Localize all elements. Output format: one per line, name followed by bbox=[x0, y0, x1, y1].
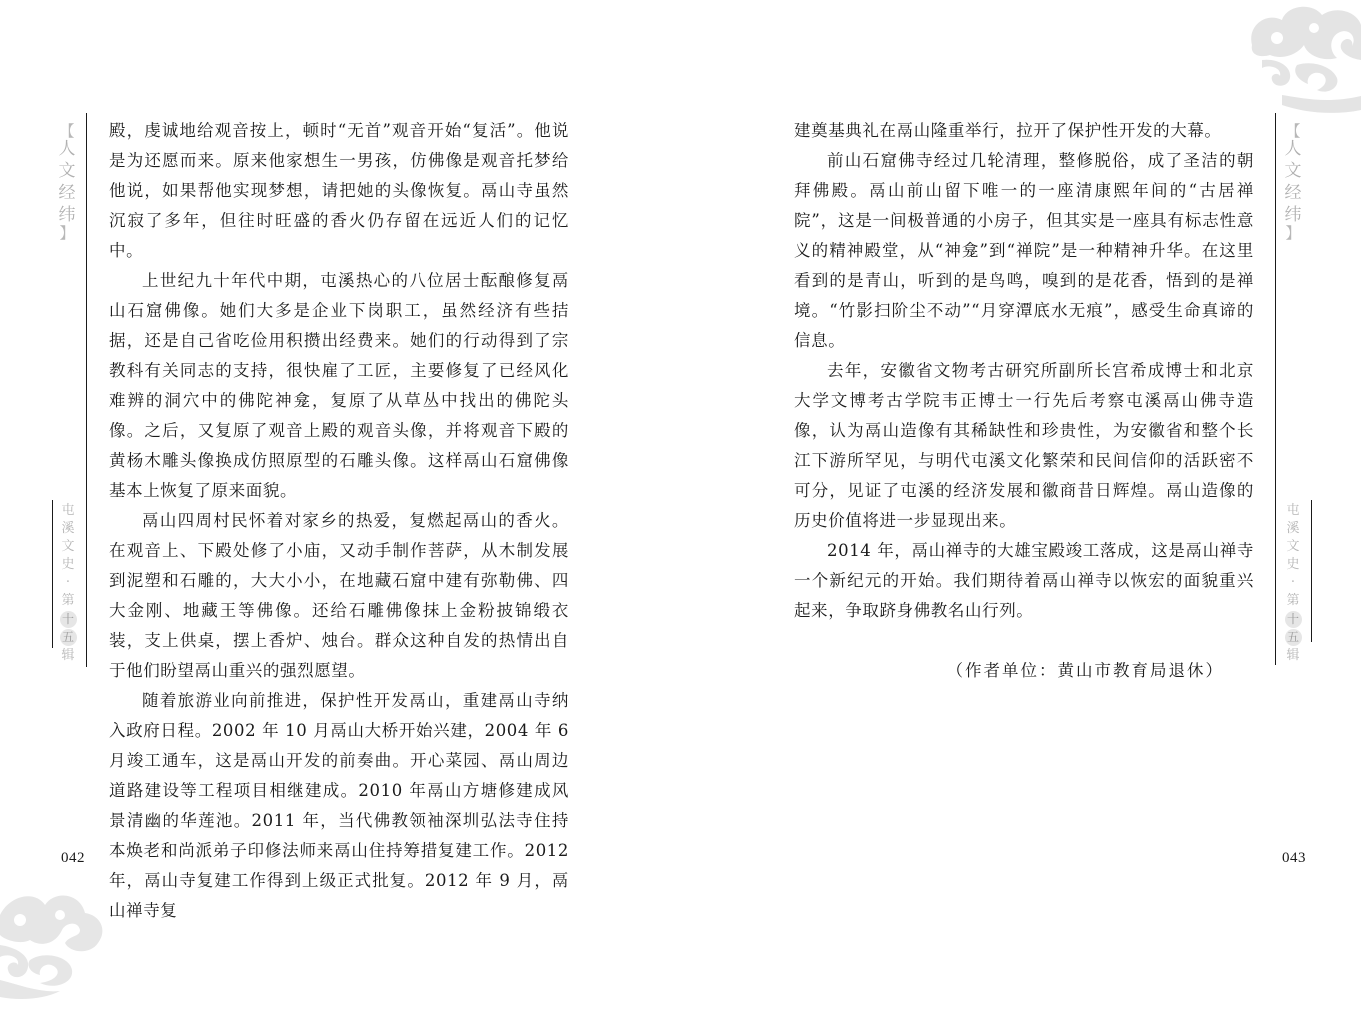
series-circled-char: 十 bbox=[60, 611, 77, 628]
series-char: 屯 bbox=[1284, 502, 1302, 520]
column-tag-char: 文 bbox=[57, 160, 77, 182]
close-bracket: 】 bbox=[1283, 226, 1303, 240]
vertical-rule-short bbox=[52, 500, 53, 648]
paragraph: 上世纪九十年代中期，屯溪热心的八位居士酝酿修复鬲山石窟佛像。她们大多是企业下岗职… bbox=[109, 266, 569, 506]
cloud-ornament-icon bbox=[1242, 0, 1361, 118]
right-page: 【 人 文 经 纬 】 屯 溪 文 史 · 第 十 五 辑 043 建奠基典礼在… bbox=[680, 0, 1361, 1016]
series-char: 第 bbox=[59, 592, 77, 610]
paragraph: 2014 年，鬲山禅寺的大雄宝殿竣工落成，这是鬲山禅寺一个新纪元的开始。我们期待… bbox=[794, 536, 1254, 626]
series-char: 文 bbox=[59, 538, 77, 556]
column-tag-char: 人 bbox=[57, 138, 77, 160]
series-char: 第 bbox=[1284, 592, 1302, 610]
paragraph: 去年，安徽省文物考古研究所副所长宫希成博士和北京大学文博考古学院韦正博士一行先后… bbox=[794, 356, 1254, 536]
cloud-ornament-icon bbox=[0, 885, 110, 1005]
column-tag-char: 人 bbox=[1283, 138, 1303, 160]
column-tag-char: 经 bbox=[57, 182, 77, 204]
page-number: 043 bbox=[1282, 850, 1306, 867]
series-char: 辑 bbox=[1284, 647, 1302, 665]
vertical-rule bbox=[86, 113, 87, 667]
paragraph: 建奠基典礼在鬲山隆重举行，拉开了保护性开发的大幕。 bbox=[794, 116, 1254, 146]
series-circled-char: 五 bbox=[60, 629, 77, 646]
series-char: 文 bbox=[1284, 538, 1302, 556]
series-char: 溪 bbox=[1284, 520, 1302, 538]
author-byline: （作者单位：黄山市教育局退休） bbox=[794, 656, 1254, 686]
open-bracket: 【 bbox=[1283, 124, 1303, 138]
paragraph: 前山石窟佛寺经过几轮清理，整修脱俗，成了圣洁的朝拜佛殿。鬲山前山留下唯一的一座清… bbox=[794, 146, 1254, 356]
column-tag-char: 文 bbox=[1283, 160, 1303, 182]
vertical-rule-short bbox=[1311, 500, 1312, 642]
column-tag-char: 纬 bbox=[57, 204, 77, 226]
body-text: 建奠基典礼在鬲山隆重举行，拉开了保护性开发的大幕。 前山石窟佛寺经过几轮清理，整… bbox=[794, 116, 1254, 686]
series-char: 屯 bbox=[59, 502, 77, 520]
paragraph: 殿，虔诚地给观音按上，顿时“无首”观音开始“复活”。他说是为还愿而来。原来他家想… bbox=[109, 116, 569, 266]
vertical-rule bbox=[1275, 113, 1276, 665]
column-tag: 【 人 文 经 纬 】 bbox=[57, 124, 77, 240]
series-char: 溪 bbox=[59, 520, 77, 538]
page-number: 042 bbox=[61, 850, 85, 867]
column-tag-char: 经 bbox=[1283, 182, 1303, 204]
series-char: 史 bbox=[59, 556, 77, 574]
series-circled-char: 五 bbox=[1285, 629, 1302, 646]
column-tag-char: 纬 bbox=[1283, 204, 1303, 226]
series-char: · bbox=[59, 574, 77, 592]
paragraph: 随着旅游业向前推进，保护性开发鬲山，重建鬲山寺纳入政府日程。2002 年 10 … bbox=[109, 686, 569, 926]
paragraph: 鬲山四周村民怀着对家乡的热爱，复燃起鬲山的香火。在观音上、下殿处修了小庙，又动手… bbox=[109, 506, 569, 686]
series-circled-char: 十 bbox=[1285, 611, 1302, 628]
column-tag: 【 人 文 经 纬 】 bbox=[1283, 124, 1303, 240]
series-char: 史 bbox=[1284, 556, 1302, 574]
series-tag: 屯 溪 文 史 · 第 十 五 辑 bbox=[59, 502, 77, 665]
close-bracket: 】 bbox=[57, 226, 77, 240]
body-text: 殿，虔诚地给观音按上，顿时“无首”观音开始“复活”。他说是为还愿而来。原来他家想… bbox=[109, 116, 569, 926]
series-char: 辑 bbox=[59, 647, 77, 665]
series-char: · bbox=[1284, 574, 1302, 592]
open-bracket: 【 bbox=[57, 124, 77, 138]
left-page: 【 人 文 经 纬 】 屯 溪 文 史 · 第 十 五 辑 042 殿，虔诚地给… bbox=[0, 0, 680, 1016]
series-tag: 屯 溪 文 史 · 第 十 五 辑 bbox=[1284, 502, 1302, 665]
